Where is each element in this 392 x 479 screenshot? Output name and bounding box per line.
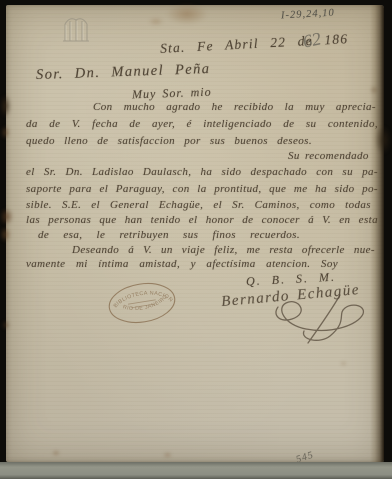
stain: [0, 208, 13, 225]
letter-body-line: Con mucho agrado he recibido la muy apre…: [93, 102, 376, 114]
letter-body-line: las personas que han tenido el honor de …: [26, 215, 378, 227]
letter-body-line: Deseando á V. un viaje feliz, me resta o…: [72, 245, 375, 257]
stain: [0, 95, 11, 117]
stain: [340, 361, 347, 366]
signature-rubric-flourish: [268, 293, 373, 348]
stain: [166, 3, 208, 25]
embossed-seal-icon: [58, 13, 94, 45]
scanned-letter-page: I-29,24,10 62 Sta. Fe Abril 22 de 186 So…: [0, 0, 392, 479]
stain: [163, 452, 172, 458]
letter-body-line: da de V. fecha de ayer, é inteligenciado…: [26, 119, 378, 131]
letter-body-line: Su recomendado: [288, 150, 369, 162]
paper-right-edge-shadow: [370, 5, 384, 462]
letter-body-line: saporte para el Paraguay, con la prontit…: [26, 184, 378, 196]
scanner-strip: [0, 462, 392, 479]
stain: [1, 126, 10, 139]
letter-body-line: quedo lleno de satisfaccion por sus buen…: [26, 136, 312, 148]
stain: [148, 17, 164, 26]
stain: [52, 450, 60, 456]
letter-body-line: de esa, le retribuyen sus finos recuerdo…: [38, 230, 300, 242]
letter-body-line: el Sr. Dn. Ladislao Daulasch, ha sido de…: [26, 167, 378, 179]
letter-body-line: vamente mi íntima amistad, y afectísima …: [26, 259, 338, 271]
stain: [0, 227, 11, 242]
letter-salutation: Muy Sor. mio: [132, 85, 212, 103]
stain: [2, 320, 10, 330]
letter-body-line: sible. S.E. el General Echagüe, el Sr. C…: [26, 200, 371, 212]
